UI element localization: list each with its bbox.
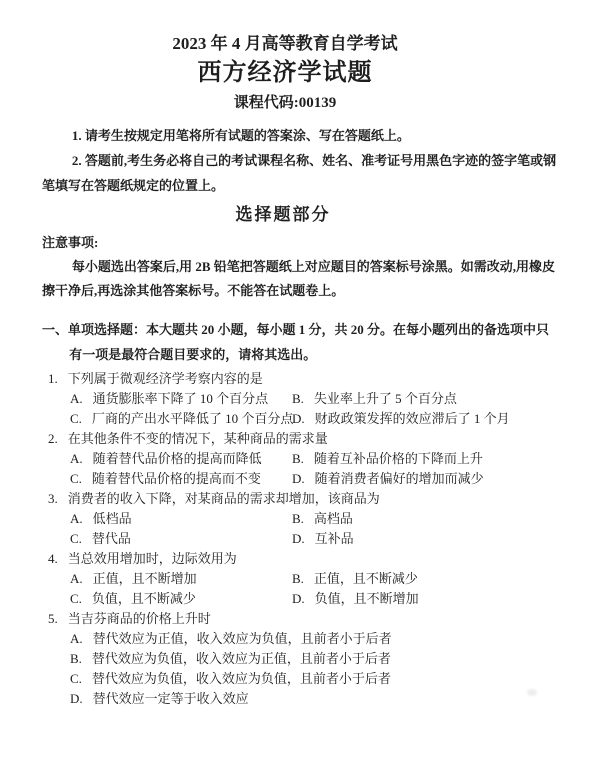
option-text: 随着替代品价格的提高而不变 xyxy=(92,471,261,486)
question-1-options: A.通货膨胀率下降了 10 个百分点 B.失业率上升了 5 个百分点 C.厂商的… xyxy=(42,389,558,429)
option-c: C.替代品 xyxy=(70,529,292,549)
option-text: 互补品 xyxy=(315,531,354,546)
option-text: 正值，且不断减少 xyxy=(314,571,418,586)
option-d: D.随着消费者偏好的增加而减少 xyxy=(292,469,558,489)
question-5: 5.当吉芬商品的价格上升时 A.替代效应为正值，收入效应为负值，且前者小于后者 … xyxy=(42,609,558,709)
question-list: 1.下列属于微观经济学考察内容的是 A.通货膨胀率下降了 10 个百分点 B.失… xyxy=(42,369,558,709)
question-number: 5. xyxy=(48,609,58,629)
option-text: 随着消费者偏好的增加而减少 xyxy=(315,471,484,486)
option-label: B. xyxy=(70,649,82,669)
option-label: A. xyxy=(70,389,83,409)
option-d: D.互补品 xyxy=(292,529,558,549)
option-b: B.随着互补品价格的下降而上升 xyxy=(292,449,558,469)
notice-block: 注意事项: 每小题选出答案后,用 2B 铅笔把答题纸上对应题目的答案标号涂黑。如… xyxy=(42,231,558,303)
option-c: C.随着替代品价格的提高而不变 xyxy=(70,469,292,489)
question-1: 1.下列属于微观经济学考察内容的是 A.通货膨胀率下降了 10 个百分点 B.失… xyxy=(42,369,558,429)
option-label: A. xyxy=(70,509,83,529)
question-number: 4. xyxy=(48,549,58,569)
option-d: D.负值，且不断增加 xyxy=(292,589,558,609)
question-number: 3. xyxy=(48,489,58,509)
option-label: C. xyxy=(70,409,82,429)
option-label: D. xyxy=(292,409,305,429)
question-text: 消费者的收入下降，对某商品的需求却增加，该商品为 xyxy=(68,491,380,506)
option-a: A.随着替代品价格的提高而降低 xyxy=(70,449,292,469)
section-heading: 选择题部分 xyxy=(25,203,541,227)
notice-body: 每小题选出答案后,用 2B 铅笔把答题纸上对应题目的答案标号涂黑。如需改动,用橡… xyxy=(42,255,558,303)
exam-header: 2023 年 4 月高等教育自学考试 西方经济学试题 课程代码:00139 xyxy=(27,33,543,113)
question-5-stem: 5.当吉芬商品的价格上升时 xyxy=(42,609,558,629)
option-text: 失业率上升了 5 个百分点 xyxy=(314,391,457,406)
question-4-stem: 4.当总效用增加时，边际效用为 xyxy=(42,549,558,569)
option-label: B. xyxy=(292,449,304,469)
option-a: A.低档品 xyxy=(70,509,292,529)
option-c: C.厂商的产出水平降低了 10 个百分点 xyxy=(70,409,292,429)
question-text: 当吉芬商品的价格上升时 xyxy=(68,611,211,626)
question-3-options: A.低档品 B.高档品 C.替代品 D.互补品 xyxy=(42,509,558,549)
question-5-options: A.替代效应为正值，收入效应为负值，且前者小于后者 B.替代效应为负值，收入效应… xyxy=(42,629,558,709)
option-label: C. xyxy=(70,469,82,489)
option-b: B.高档品 xyxy=(292,509,558,529)
exam-title: 西方经济学试题 xyxy=(27,58,543,88)
option-text: 替代效应为正值，收入效应为负值，且前者小于后者 xyxy=(93,631,392,646)
instruction-line-1: 1. 请考生按规定用笔将所有试题的答案涂、写在答题纸上。 xyxy=(42,123,558,148)
option-text: 高档品 xyxy=(314,511,353,526)
option-text: 随着互补品价格的下降而上升 xyxy=(314,451,483,466)
general-instructions: 1. 请考生按规定用笔将所有试题的答案涂、写在答题纸上。 2. 答题前,考生务必… xyxy=(42,123,558,198)
option-label: A. xyxy=(70,449,83,469)
instruction-line-2: 2. 答题前,考生务必将自己的考试课程名称、姓名、准考证号用黑色字迹的签字笔或钢… xyxy=(42,148,558,198)
question-1-stem: 1.下列属于微观经济学考察内容的是 xyxy=(42,369,558,389)
question-text: 下列属于微观经济学考察内容的是 xyxy=(68,371,263,386)
option-text: 正值，且不断增加 xyxy=(93,571,197,586)
option-label: D. xyxy=(292,589,305,609)
option-text: 低档品 xyxy=(93,511,132,526)
option-label: D. xyxy=(292,469,305,489)
option-text: 替代效应为负值，收入效应为负值，且前者小于后者 xyxy=(92,671,391,686)
option-label: C. xyxy=(70,529,82,549)
option-label: C. xyxy=(70,589,82,609)
option-label: A. xyxy=(70,569,83,589)
option-label: D. xyxy=(70,689,83,709)
question-number: 1. xyxy=(48,369,58,389)
question-3: 3.消费者的收入下降，对某商品的需求却增加，该商品为 A.低档品 B.高档品 C… xyxy=(42,489,558,549)
question-text: 在其他条件不变的情况下，某种商品的需求量 xyxy=(68,431,328,446)
option-text: 厂商的产出水平降低了 10 个百分点 xyxy=(92,411,294,426)
question-2-options: A.随着替代品价格的提高而降低 B.随着互补品价格的下降而上升 C.随着替代品价… xyxy=(42,449,558,489)
option-label: B. xyxy=(292,509,304,529)
option-a: A.替代效应为正值，收入效应为负值，且前者小于后者 xyxy=(70,629,558,649)
question-text: 当总效用增加时，边际效用为 xyxy=(68,551,237,566)
option-label: B. xyxy=(292,389,304,409)
notice-label: 注意事项: xyxy=(42,231,558,255)
option-d: D.财政政策发挥的效应滞后了 1 个月 xyxy=(292,409,558,429)
option-c: C.替代效应为负值，收入效应为负值，且前者小于后者 xyxy=(70,669,558,689)
option-label: B. xyxy=(292,569,304,589)
option-label: C. xyxy=(70,669,82,689)
option-b: B.失业率上升了 5 个百分点 xyxy=(292,389,558,409)
option-text: 负值，且不断增加 xyxy=(315,591,419,606)
part-one-heading: 一、单项选择题：本大题共 20 小题，每小题 1 分，共 20 分。在每小题列出… xyxy=(42,317,558,367)
question-2: 2.在其他条件不变的情况下，某种商品的需求量 A.随着替代品价格的提高而降低 B… xyxy=(42,429,558,489)
question-2-stem: 2.在其他条件不变的情况下，某种商品的需求量 xyxy=(42,429,558,449)
option-text: 替代效应一定等于收入效应 xyxy=(93,691,249,706)
course-code: 课程代码:00139 xyxy=(27,93,543,113)
option-label: A. xyxy=(70,629,83,649)
question-number: 2. xyxy=(48,429,58,449)
option-text: 通货膨胀率下降了 10 个百分点 xyxy=(93,391,269,406)
exam-paper-page: 2023 年 4 月高等教育自学考试 西方经济学试题 课程代码:00139 1.… xyxy=(0,0,596,782)
option-text: 替代效应为负值，收入效应为正值，且前者小于后者 xyxy=(92,651,391,666)
option-b: B.替代效应为负值，收入效应为正值，且前者小于后者 xyxy=(70,649,558,669)
option-label: D. xyxy=(292,529,305,549)
option-a: A.通货膨胀率下降了 10 个百分点 xyxy=(70,389,292,409)
option-b: B.正值，且不断减少 xyxy=(292,569,558,589)
option-text: 替代品 xyxy=(92,531,131,546)
option-text: 负值，且不断减少 xyxy=(92,591,196,606)
option-a: A.正值，且不断增加 xyxy=(70,569,292,589)
question-3-stem: 3.消费者的收入下降，对某商品的需求却增加，该商品为 xyxy=(42,489,558,509)
option-d: D.替代效应一定等于收入效应 xyxy=(70,689,558,709)
question-4: 4.当总效用增加时，边际效用为 A.正值，且不断增加 B.正值，且不断减少 C.… xyxy=(42,549,558,609)
option-text: 随着替代品价格的提高而降低 xyxy=(93,451,262,466)
scan-smudge-artifact xyxy=(527,689,537,696)
exam-session-title: 2023 年 4 月高等教育自学考试 xyxy=(27,33,543,55)
option-text: 财政政策发挥的效应滞后了 1 个月 xyxy=(315,411,510,426)
option-c: C.负值，且不断减少 xyxy=(70,589,292,609)
question-4-options: A.正值，且不断增加 B.正值，且不断减少 C.负值，且不断减少 D.负值，且不… xyxy=(42,569,558,609)
